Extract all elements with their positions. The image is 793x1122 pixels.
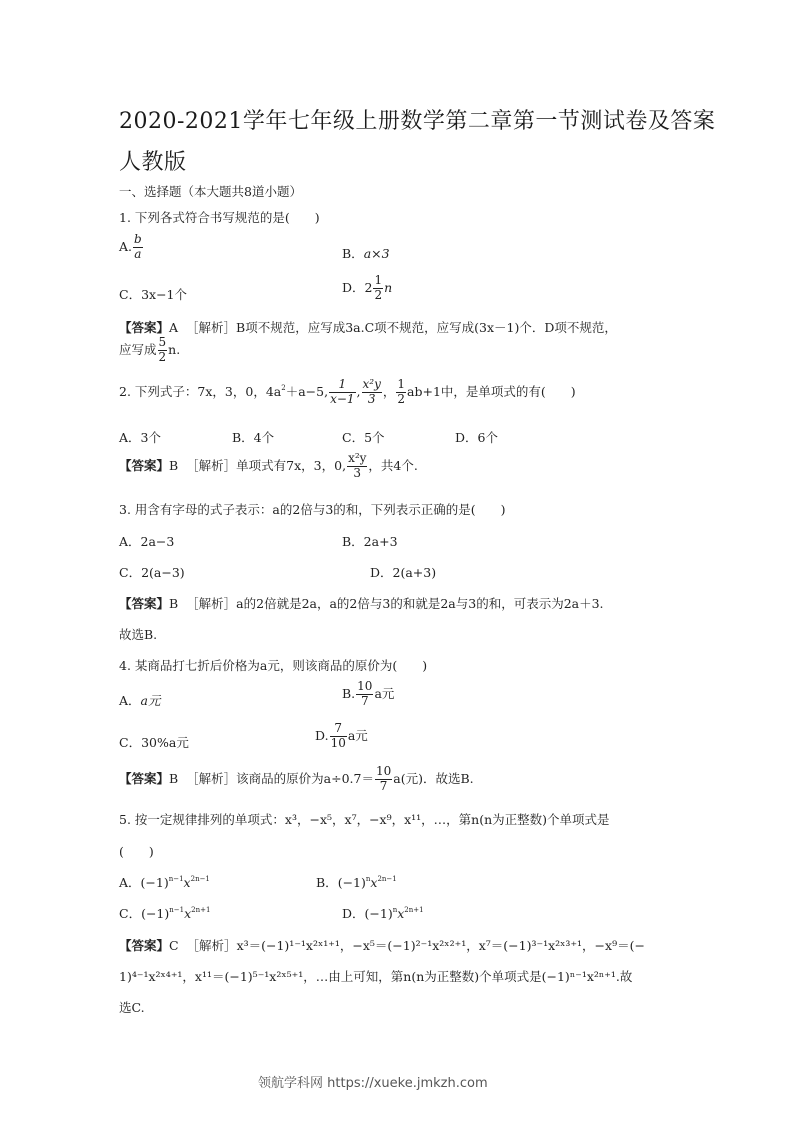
- fraction: 12: [373, 274, 383, 303]
- q3-answer-line2: 故选B.: [119, 625, 157, 643]
- q3-answer: 【答案】B ［解析］a的2倍就是2a，a的2倍与3的和就是2a与3的和，可表示为…: [119, 594, 604, 612]
- doc-title-line2: 人教版: [119, 145, 187, 176]
- fraction: 107: [375, 765, 392, 794]
- q4-option-c: C．30%a元: [119, 733, 189, 751]
- q3-option-d: D．2(a+3): [370, 563, 436, 581]
- q3-option-b: B．2a+3: [342, 532, 398, 550]
- question-5-stem-line2: ( ): [119, 842, 154, 860]
- fraction: x²y3: [362, 378, 382, 407]
- q5-option-b: B．(−1)nx2n−1: [316, 873, 397, 891]
- q1-option-b: B．a×3: [342, 244, 390, 262]
- q2-option-d: D．6个: [455, 428, 498, 446]
- q2-option-b: B．4个: [232, 428, 274, 446]
- q2-option-c: C．5个: [342, 428, 385, 446]
- fraction: 12: [396, 378, 406, 407]
- fraction: x²y3: [347, 452, 367, 481]
- q5-answer: 【答案】C ［解析］x³＝(−1)¹⁻¹x²ˣ¹⁺¹，−x⁵＝(−1)²⁻¹x²…: [119, 936, 645, 954]
- q4-option-a: A．a元: [119, 691, 160, 709]
- fraction: 1x−1: [329, 378, 355, 407]
- q5-option-d: D．(−1)nx2n+1: [342, 904, 424, 922]
- q5-option-a: A．(−1)n−1x2n−1: [119, 873, 210, 891]
- fraction: 52: [158, 336, 168, 365]
- fraction: ba: [133, 233, 143, 262]
- fraction: 710: [330, 722, 347, 751]
- q5-option-c: C．(−1)n−1x2n+1: [119, 904, 210, 922]
- q1-option-c: C．3x−1个: [119, 285, 187, 303]
- footer-watermark: 领航学科网 https://xueke.jmkzh.com: [258, 1072, 488, 1091]
- question-2-stem: 2. 下列式子：7x，3，0，4a2＋a−5,1x−1,x²y3，12ab+1中…: [119, 378, 576, 407]
- question-5-stem: 5. 按一定规律排列的单项式：x³，−x⁵，x⁷，−x⁹，x¹¹，…，第n(n为…: [119, 810, 610, 828]
- q5-answer-line3: 选C.: [119, 998, 145, 1016]
- q4-option-b: B.107a元: [342, 680, 394, 709]
- q3-option-c: C．2(a−3): [119, 563, 185, 581]
- q5-answer-line2: 1)⁴⁻¹x²ˣ⁴⁺¹，x¹¹＝(−1)⁵⁻¹x²ˣ⁵⁺¹，…由上可知，第n(n…: [119, 967, 632, 985]
- question-1-stem: 1. 下列各式符合书写规范的是( ): [119, 208, 320, 226]
- section-heading: 一、选择题（本大题共8道小题）: [119, 182, 302, 200]
- q2-option-a: A．3个: [119, 428, 161, 446]
- question-4-stem: 4. 某商品打七折后价格为a元，则该商品的原价为( ): [119, 656, 427, 674]
- q4-answer: 【答案】B ［解析］该商品的原价为a÷0.7＝107a(元)．故选B.: [119, 765, 474, 794]
- fraction: 107: [356, 680, 373, 709]
- q1-answer: 【答案】A ［解析］B项不规范，应写成3a.C项不规范，应写成(3x－1)个．D…: [119, 318, 617, 336]
- doc-title-line1: 2020-2021学年七年级上册数学第二章第一节测试卷及答案: [119, 104, 715, 135]
- q4-option-d: D.710a元: [315, 722, 368, 751]
- q1-option-d: D．212n: [342, 274, 392, 303]
- q1-option-a: A.ba: [119, 233, 144, 262]
- q3-option-a: A．2a−3: [119, 532, 174, 550]
- question-3-stem: 3. 用含有字母的式子表示：a的2倍与3的和，下列表示正确的是( ): [119, 500, 506, 518]
- q1-answer-line2: 应写成52n.: [119, 336, 180, 365]
- q2-answer: 【答案】B ［解析］单项式有7x，3，0,x²y3，共4个.: [119, 452, 418, 481]
